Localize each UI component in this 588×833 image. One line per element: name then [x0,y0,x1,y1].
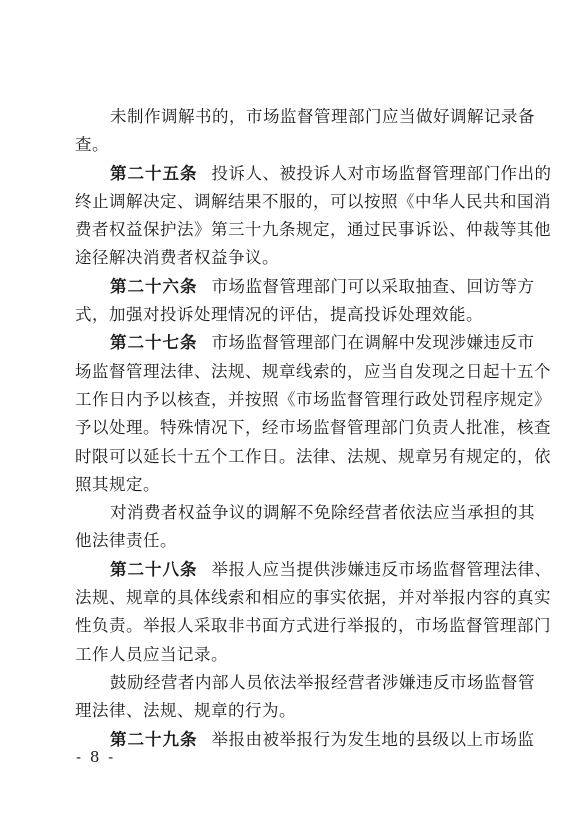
article-number: 第二十九条 [110,730,198,749]
text-line: 对消费者权益争议的调解不免除经营者依法应当承担的其 [75,499,517,527]
article-number: 第二十六条 [110,277,198,296]
text-line: 时限可以延长十五个工作日。法律、法规、规章另有规定的，依 [75,443,517,471]
text-line: 查。 [75,131,517,159]
document-page: 未制作调解书的，市场监督管理部门应当做好调解记录备 查。 第二十五条投诉人、被投… [75,103,517,754]
article-number: 第二十八条 [110,560,198,579]
text-line: 他法律责任。 [75,527,517,555]
text-line: 工作人员应当记录。 [75,641,517,669]
article-28-heading-line: 第二十八条举报人应当提供涉嫌违反市场监督管理法律、 [75,556,517,584]
text-line: 未制作调解书的，市场监督管理部门应当做好调解记录备 [75,103,517,131]
text-line: 终止调解决定、调解结果不服的，可以按照《中华人民共和国消 [75,188,517,216]
article-27-heading-line: 第二十七条市场监督管理部门在调解中发现涉嫌违反市 [75,329,517,357]
text-line: 式，加强对投诉处理情况的评估，提高投诉处理效能。 [75,301,517,329]
article-number: 第二十七条 [110,333,198,352]
text-line: 照其规定。 [75,471,517,499]
text-line: 鼓励经营者内部人员依法举报经营者涉嫌违反市场监督管 [75,669,517,697]
article-29-heading-line: 第二十九条举报由被举报行为发生地的县级以上市场监 [75,726,517,754]
text-line: 途径解决消费者权益争议。 [75,244,517,272]
text-line: 场监督管理法律、法规、规章线索的，应当自发现之日起十五个 [75,358,517,386]
text-line: 工作日内予以核查，并按照《市场监督管理行政处罚程序规定》 [75,386,517,414]
article-25-heading-line: 第二十五条投诉人、被投诉人对市场监督管理部门作出的 [75,160,517,188]
text-line: 理法律、法规、规章的行为。 [75,697,517,725]
article-26-heading-line: 第二十六条市场监督管理部门可以采取抽查、回访等方 [75,273,517,301]
page-number: - 8 - [76,748,115,766]
text-line: 性负责。举报人采取非书面方式进行举报的，市场监督管理部门 [75,612,517,640]
text-line: 费者权益保护法》第三十九条规定，通过民事诉讼、仲裁等其他 [75,216,517,244]
article-number: 第二十五条 [110,164,198,183]
text-line: 法规、规章的具体线索和相应的事实依据，并对举报内容的真实 [75,584,517,612]
text-line: 予以处理。特殊情况下，经市场监督管理部门负责人批准，核查 [75,414,517,442]
